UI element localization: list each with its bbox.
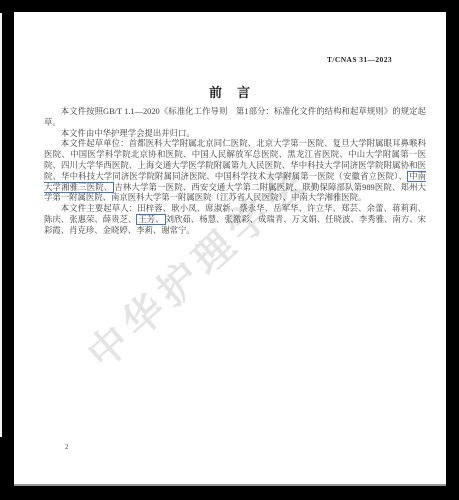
- paragraph-drafting-organizations: 本文件起草单位：首都医科大学附属北京同仁医院、北京大学第一医院、复旦大学附属眼耳…: [44, 139, 426, 204]
- standard-code: T/CNAS 31—2023: [327, 55, 392, 64]
- document-page: 中华护理学会 T/CNAS 31—2023 前 言 本文件按照GB/T 1.1—…: [14, 12, 446, 486]
- scan-edge-artifact: [0, 13, 2, 437]
- annotation-box-drafter[interactable]: 王芳、: [136, 214, 165, 225]
- page-title: 前 言: [14, 82, 446, 101]
- drafting-orgs-text: 本文件起草单位：首都医科大学附属北京同仁医院、北京大学第一医院、复旦大学附属眼耳…: [44, 139, 426, 180]
- paragraph-main-drafters: 本文件主要起草人：田梓蓉、耿小凤、席淑新、蔡永华、岳军华、许立华、郑芸、余蕾、蒋…: [44, 204, 426, 236]
- document-body: 本文件按照GB/T 1.1—2020《标准化工作导则 第1部分：标准化文件的结构…: [44, 107, 426, 237]
- page-number: 2: [65, 443, 69, 451]
- paragraph-drafting-basis: 本文件按照GB/T 1.1—2020《标准化工作导则 第1部分：标准化文件的结构…: [44, 107, 426, 129]
- scan-background: 中华护理学会 T/CNAS 31—2023 前 言 本文件按照GB/T 1.1—…: [0, 0, 459, 500]
- paragraph-issuing-body: 本文件由中华护理学会提出并归口。: [44, 129, 426, 140]
